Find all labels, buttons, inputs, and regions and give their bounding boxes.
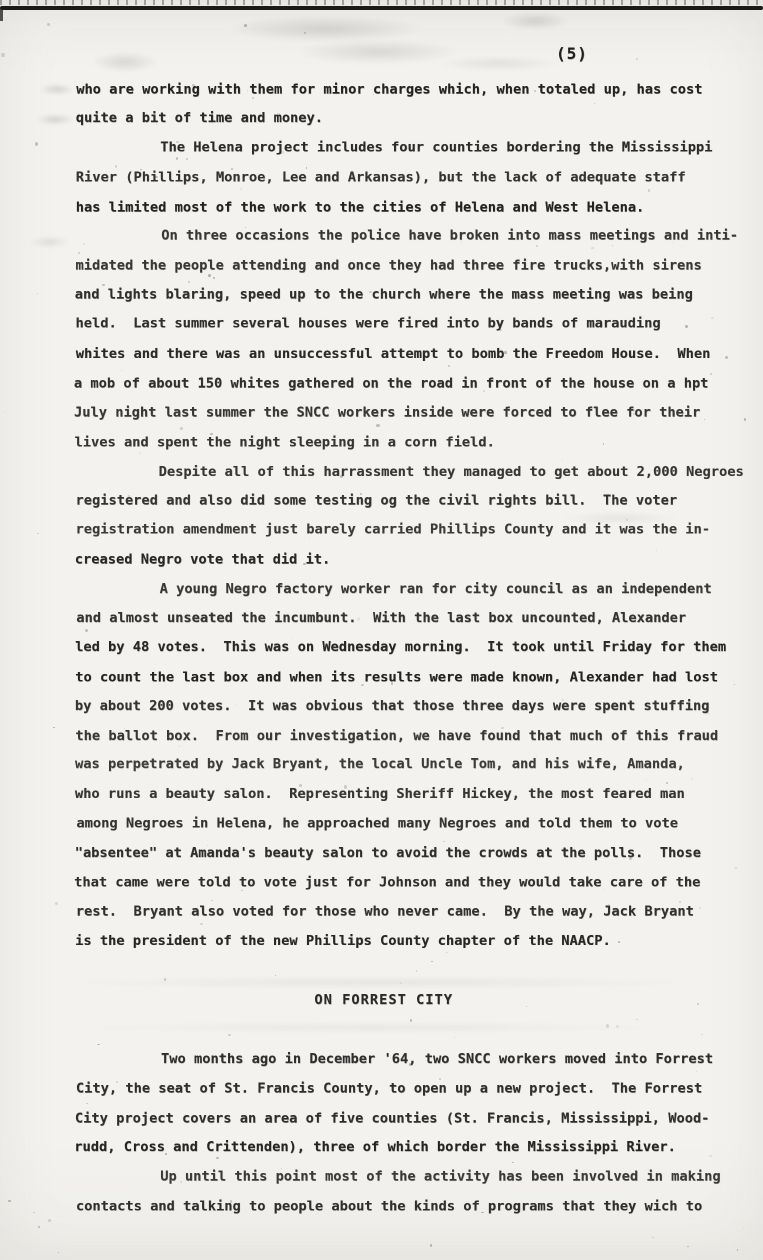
text-line: led by 48 votes. This was on Wednesday m… bbox=[75, 634, 735, 663]
scanner-edge-bar bbox=[0, 6, 763, 10]
scanner-edge-dashes bbox=[0, 0, 763, 5]
text-line: City, the seat of St. Francis County, to… bbox=[76, 1075, 736, 1104]
scan-smudge bbox=[228, 16, 423, 42]
noise-speck bbox=[37, 533, 39, 534]
text-line: City project covers an area of five coun… bbox=[75, 1104, 735, 1133]
text-line: quite a bit of time and money. bbox=[76, 104, 736, 133]
text-line: who runs a beauty salon. Representing Sh… bbox=[75, 780, 735, 809]
text-line: registration amendment just barely carri… bbox=[76, 515, 736, 544]
text-line: rest. Bryant also voted for those who ne… bbox=[76, 898, 736, 927]
text-line: held. Last summer several houses were fi… bbox=[76, 309, 736, 338]
text-line: by about 200 votes. It was obvious that … bbox=[75, 692, 735, 721]
text-line: a mob of about 150 whites gathered on th… bbox=[74, 370, 734, 399]
scanned-document-page: (5) who are working with them for minor … bbox=[0, 0, 763, 1260]
noise-speck bbox=[743, 1228, 744, 1230]
text-line: and almost unseated the incumbunt. With … bbox=[76, 604, 736, 633]
noise-speck bbox=[37, 293, 38, 294]
noise-speck bbox=[53, 727, 54, 728]
noise-speck bbox=[33, 1212, 34, 1214]
noise-speck bbox=[4, 411, 5, 412]
text-line: registered and also did some testing og … bbox=[76, 487, 736, 516]
text-line: midated the people attending and once th… bbox=[76, 252, 736, 281]
noise-speck bbox=[652, 1237, 655, 1239]
text-line: and lights blaring, speed up to the chur… bbox=[75, 280, 735, 309]
scan-smudge bbox=[440, 56, 558, 71]
scan-smudge bbox=[36, 114, 74, 125]
noise-speck bbox=[244, 24, 247, 27]
noise-speck bbox=[35, 142, 38, 146]
text-line: The Helena project includes four countie… bbox=[75, 133, 735, 162]
noise-speck bbox=[58, 1252, 59, 1253]
text-line bbox=[74, 1015, 734, 1044]
text-line bbox=[76, 956, 736, 985]
noise-speck bbox=[636, 58, 638, 60]
text-line: On three occasions the police have broke… bbox=[76, 221, 736, 250]
noise-speck bbox=[744, 418, 746, 421]
scan-smudge bbox=[40, 84, 74, 95]
text-line: that came were told to vote just for Joh… bbox=[74, 868, 734, 897]
text-line: to count the last box and when its resul… bbox=[75, 663, 735, 692]
noise-speck bbox=[687, 1246, 689, 1247]
text-line: River (Phillips, Monroe, Lee and Arkansa… bbox=[76, 163, 736, 192]
noise-speck bbox=[38, 1226, 40, 1228]
text-line: rudd, Cross and Crittenden), three of wh… bbox=[74, 1133, 734, 1162]
text-line: whites and there was an unsuccessful att… bbox=[76, 339, 736, 368]
noise-speck bbox=[47, 23, 50, 26]
text-line: Two months ago in December '64, two SNCC… bbox=[76, 1045, 736, 1074]
noise-speck bbox=[430, 1244, 432, 1247]
scan-smudge bbox=[298, 40, 458, 64]
noise-speck bbox=[48, 1219, 51, 1222]
text-line: Despite all of this harrassment they man… bbox=[74, 458, 734, 487]
text-line: July night last summer the SNCC workers … bbox=[74, 399, 734, 428]
scanner-corner-tick bbox=[0, 9, 3, 21]
text-line: who are working with them for minor char… bbox=[76, 76, 736, 105]
text-line: is the president of the new Phillips Cou… bbox=[75, 927, 735, 956]
text-line: was perpetrated by Jack Bryant, the loca… bbox=[75, 750, 735, 779]
text-line: has limited most of the work to the citi… bbox=[76, 193, 736, 222]
section-heading: ON FORREST CITY bbox=[74, 986, 734, 1015]
scan-smudge bbox=[92, 52, 158, 72]
scan-smudge bbox=[502, 12, 568, 30]
text-line: "absentee" at Amanda's beauty salon to a… bbox=[75, 839, 735, 868]
scan-smudge bbox=[30, 236, 70, 248]
noise-speck bbox=[55, 902, 58, 906]
text-line: Up until this point most of the activity… bbox=[75, 1163, 735, 1192]
text-line: the ballot box. From our investigation, … bbox=[75, 722, 735, 751]
text-line: lives and spent the night sleeping in a … bbox=[75, 428, 735, 457]
noise-speck bbox=[1, 53, 4, 56]
noise-speck bbox=[304, 32, 306, 34]
text-line: A young Negro factory worker ran for cit… bbox=[75, 575, 735, 604]
document-body: who are working with them for minor char… bbox=[75, 75, 735, 1221]
text-line: creased Negro vote that did it. bbox=[75, 546, 735, 575]
noise-speck bbox=[735, 867, 737, 869]
text-line: contacts and talking to people about the… bbox=[76, 1192, 736, 1221]
page-number: (5) bbox=[556, 44, 588, 63]
noise-speck bbox=[737, 1249, 738, 1250]
noise-speck bbox=[8, 1200, 10, 1203]
text-line: among Negroes in Helena, he approached m… bbox=[76, 809, 736, 838]
